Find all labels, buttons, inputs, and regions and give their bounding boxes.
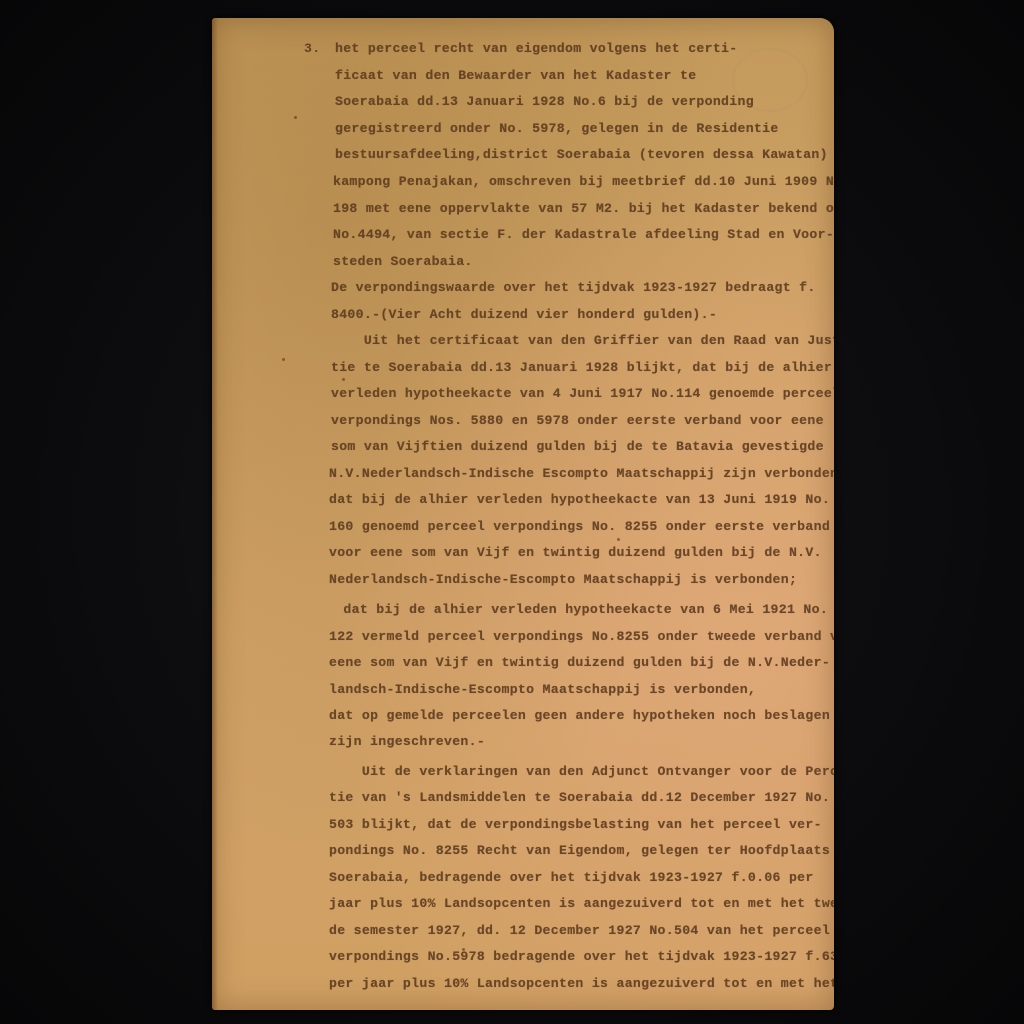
text-line: Soerabaia, bedragende over het tijdvak 1… — [329, 870, 814, 885]
text-line: Uit de verklaringen van den Adjunct Ontv… — [329, 764, 834, 779]
text-line: 160 genoemd perceel verpondings No. 8255… — [329, 519, 830, 534]
text-line: de semester 1927, dd. 12 December 1927 N… — [329, 923, 830, 938]
text-line: bestuursafdeeling,district Soerabaia (te… — [335, 147, 828, 162]
text-line: dat bij de alhier verleden hypotheekacte… — [329, 492, 830, 507]
text-line: geregistreerd onder No. 5978, gelegen in… — [335, 121, 779, 136]
typewritten-text: 3. het perceel recht van eigendom volgen… — [212, 18, 834, 1010]
text-line: som van Vijftien duizend gulden bij de t… — [331, 439, 824, 454]
text-line: 198 met eene oppervlakte van 57 M2. bij … — [333, 201, 834, 216]
text-line: tie te Soerabaia dd.13 Januari 1928 blij… — [331, 360, 832, 375]
text-line: No.4494, van sectie F. der Kadastrale af… — [333, 227, 834, 242]
text-line: 8400.-(Vier Acht duizend vier honderd gu… — [331, 307, 717, 322]
text-line: eene som van Vijf en twintig duizend gul… — [329, 655, 830, 670]
text-line: verleden hypotheekacte van 4 Juni 1917 N… — [331, 386, 834, 401]
document-page: 3. het perceel recht van eigendom volgen… — [212, 18, 834, 1010]
text-line: N.V.Nederlandsch-Indische Escompto Maats… — [329, 466, 834, 481]
text-line: dat bij de alhier verleden hypotheekacte… — [327, 602, 828, 617]
text-line: voor eene som van Vijf en twintig duizen… — [329, 545, 822, 560]
text-line: Nederlandsch-Indische-Escompto Maatschap… — [329, 572, 797, 587]
text-line: tie van 's Landsmiddelen te Soerabaia dd… — [329, 790, 830, 805]
text-line: kampong Penajakan, omschreven bij meetbr… — [333, 174, 834, 189]
text-line: Uit het certificaat van den Griffier van… — [331, 333, 834, 348]
text-line: 122 vermeld perceel verpondings No.8255 … — [329, 629, 834, 644]
text-line: per jaar plus 10% Landsopcenten is aange… — [329, 976, 834, 991]
text-line: landsch-Indische-Escompto Maatschappij i… — [329, 682, 756, 697]
text-line: verpondings No.5978 bedragende over het … — [329, 949, 834, 964]
text-line: pondings No. 8255 Recht van Eigendom, ge… — [329, 843, 830, 858]
text-line: ficaat van den Bewaarder van het Kadaste… — [335, 68, 696, 83]
text-line: De verpondingswaarde over het tijdvak 19… — [331, 280, 816, 295]
text-line: jaar plus 10% Landsopcenten is aangezuiv… — [329, 896, 834, 911]
item-number: 3. — [304, 41, 320, 56]
text-line: het perceel recht van eigendom volgens h… — [335, 41, 737, 56]
text-line: zijn ingeschreven.- — [329, 734, 485, 749]
text-line: 503 blijkt, dat de verpondingsbelasting … — [329, 817, 822, 832]
text-line: dat op gemelde perceelen geen andere hyp… — [329, 708, 830, 723]
text-line: Soerabaia dd.13 Januari 1928 No.6 bij de… — [335, 94, 754, 109]
text-line: steden Soerabaia. — [333, 254, 473, 269]
text-line: verpondings Nos. 5880 en 5978 onder eers… — [331, 413, 824, 428]
